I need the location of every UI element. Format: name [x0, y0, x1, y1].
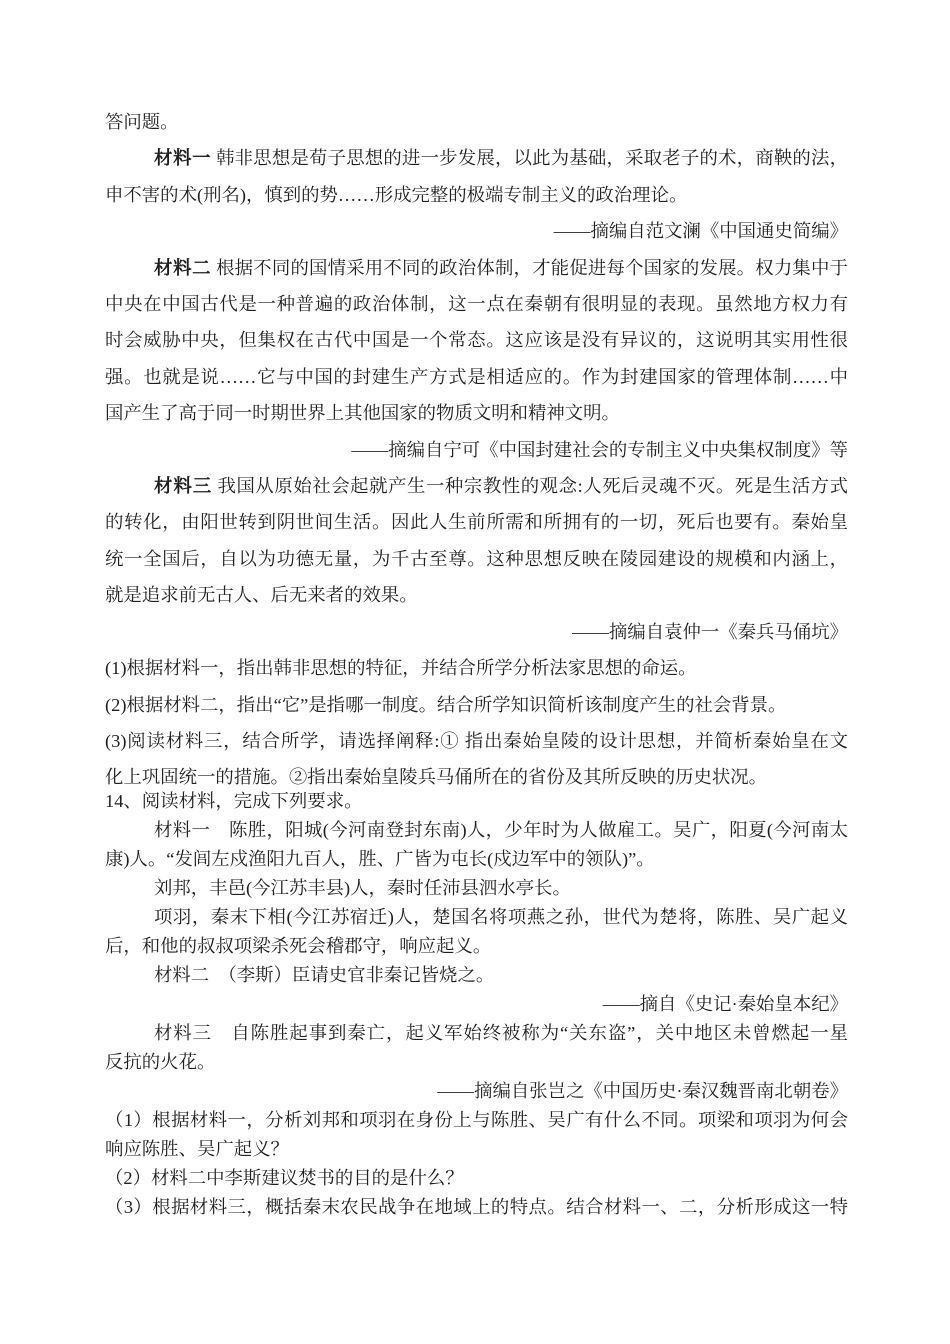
line-text: 响应陈胜、吴广起义？ [105, 1139, 289, 1159]
line-text: 韩非思想是荀子思想的进一步发展，以此为基础，采取老子的术，商鞅的法， [211, 148, 848, 168]
question-line: (1)根据材料一，指出韩非思想的特征，并结合所学分析法家思想的命运。 [105, 650, 848, 686]
line-text: 后，和他的叔叔项梁杀死会稽郡守，响应起义。 [105, 936, 491, 956]
material-one-line: 康)人。“发闾左戍渔阳九百人，胜、广皆为屯长(戍边军中的领队)”。 [105, 845, 848, 874]
line-text: (2)根据材料二，指出“它”是指哪一制度。结合所学知识简析该制度产生的社会背景。 [105, 695, 786, 715]
document-page: 答问题。材料一 韩非思想是荀子思想的进一步发展，以此为基础，采取老子的术，商鞅的… [0, 0, 950, 1344]
material-three-line: 反抗的火花。 [105, 1048, 848, 1077]
question-number-heading: 14、阅读材料，完成下列要求。 [105, 787, 848, 816]
question-line: (2)根据材料二，指出“它”是指哪一制度。结合所学知识简析该制度产生的社会背景。 [105, 687, 848, 723]
material-three-line: 统一全国后，自以为功德无量，为千古至尊。这种思想反映在陵园建设的规模和内涵上， [105, 541, 848, 577]
line-text: 材料一 陈胜，阳城(今河南登封东南)人，少年时为人做雇工。吴广，阳夏(今河南太 [154, 820, 848, 840]
material-one-line: 刘邦，丰邑(今江苏丰县)人，秦时任沛县泗水亭长。 [105, 874, 848, 903]
material-label: 材料三 [154, 476, 212, 496]
line-text: 统一全国后，自以为功德无量，为千古至尊。这种思想反映在陵园建设的规模和内涵上， [105, 549, 848, 569]
material-two-line: 材料二 根据不同的国情采用不同的政治体制，才能促进每个国家的发展。权力集中于 [105, 250, 848, 286]
line-text: ——摘编自范文澜《中国通史简编》 [554, 221, 848, 241]
material-one-line: 材料一 陈胜，阳城(今河南登封东南)人，少年时为人做雇工。吴广，阳夏(今河南太 [105, 816, 848, 845]
material-one-line: 材料一 韩非思想是荀子思想的进一步发展，以此为基础，采取老子的术，商鞅的法， [105, 140, 848, 176]
line-text: 强。也就是说……它与中国的封建生产方式是相适应的。作为封建国家的管理体制……中 [105, 367, 848, 387]
line-text: 项羽，秦末下相(今江苏宿迁)人，楚国名将项燕之孙，世代为楚将，陈胜、吴广起义 [154, 907, 848, 927]
line-text: 我国从原始社会起就产生一种宗教性的观念:人死后灵魂不灭。死是生活方式 [212, 476, 848, 496]
line-text: （3）根据材料三，概括秦末农民战争在地域上的特点。结合材料一、二，分析形成这一特 [105, 1197, 848, 1217]
material-two-line: 强。也就是说……它与中国的封建生产方式是相适应的。作为封建国家的管理体制……中 [105, 359, 848, 395]
question-line: （3）根据材料三，概括秦末农民战争在地域上的特点。结合材料一、二，分析形成这一特 [105, 1193, 848, 1222]
material-two-line: 材料二 （李斯）臣请史官非秦记皆烧之。 [105, 961, 848, 990]
source-attribution: ——摘编自范文澜《中国通史简编》 [105, 213, 848, 249]
material-label: 材料二 [154, 258, 211, 278]
paragraph-line: 答问题。 [105, 104, 848, 140]
line-text: （1）根据材料一，分析刘邦和项羽在身份上与陈胜、吴广有什么不同。项梁和项羽为何会 [105, 1110, 848, 1130]
question-line: （1）根据材料一，分析刘邦和项羽在身份上与陈胜、吴广有什么不同。项梁和项羽为何会 [105, 1106, 848, 1135]
line-text: 化上巩固统一的措施。②指出秦始皇陵兵马俑所在的省份及其所反映的历史状况。 [105, 767, 767, 787]
source-attribution: ——摘编自袁仲一《秦兵马俑坑》 [105, 614, 848, 650]
line-text: 反抗的火花。 [105, 1052, 215, 1072]
question-line: 响应陈胜、吴广起义？ [105, 1135, 848, 1164]
line-text: ——摘编自张岂之《中国历史·秦汉魏晋南北朝卷》 [437, 1081, 848, 1101]
question-line: (3)阅读材料三，结合所学，请选择阐释:① 指出秦始皇陵的设计思想，并简析秦始皇… [105, 723, 848, 759]
material-two-line: 时会威胁中央，但集权在古代中国是一个常态。这应该是没有异议的，这说明其实用性很 [105, 322, 848, 358]
line-text: 14、阅读材料，完成下列要求。 [105, 791, 362, 811]
material-label: 材料一 [154, 148, 211, 168]
line-text: 材料三 自陈胜起事到秦亡，起义军始终被称为“关东盗”，关中地区未曾燃起一星 [154, 1023, 848, 1043]
source-attribution: ——摘自《史记·秦始皇本纪》 [105, 990, 848, 1019]
material-two-line: 国产生了高于同一时期世界上其他国家的物质文明和精神文明。 [105, 395, 848, 431]
line-text: 答问题。 [105, 112, 179, 132]
material-one-line: 申不害的术(刑名)，慎到的势……形成完整的极端专制主义的政治理论。 [105, 177, 848, 213]
line-text: 申不害的术(刑名)，慎到的势……形成完整的极端专制主义的政治理论。 [105, 185, 687, 205]
source-attribution: ——摘编自宁可《中国封建社会的专制主义中央集权制度》等 [105, 432, 848, 468]
material-three-line: 就是追求前无古人、后无来者的效果。 [105, 577, 848, 613]
line-text: 康)人。“发闾左戍渔阳九百人，胜、广皆为屯长(戍边军中的领队)”。 [105, 849, 655, 869]
line-text: 根据不同的国情采用不同的政治体制，才能促进每个国家的发展。权力集中于 [211, 258, 848, 278]
line-text: 刘邦，丰邑(今江苏丰县)人，秦时任沛县泗水亭长。 [154, 878, 571, 898]
line-text: 中央在中国古代是一种普遍的政治体制，这一点在秦朝有很明显的表现。虽然地方权力有 [105, 294, 848, 314]
line-text: 的转化，由阳世转到阴世间生活。因此人生前所需和所拥有的一切，死后也要有。秦始皇 [105, 512, 848, 532]
line-text: 国产生了高于同一时期世界上其他国家的物质文明和精神文明。 [105, 403, 620, 423]
line-text: ——摘编自袁仲一《秦兵马俑坑》 [572, 622, 848, 642]
line-text: 材料二 （李斯）臣请史官非秦记皆烧之。 [154, 965, 494, 985]
material-one-line: 后，和他的叔叔项梁杀死会稽郡守，响应起义。 [105, 932, 848, 961]
line-text: 就是追求前无古人、后无来者的效果。 [105, 585, 418, 605]
line-text: ——摘自《史记·秦始皇本纪》 [603, 994, 848, 1014]
source-attribution: ——摘编自张岂之《中国历史·秦汉魏晋南北朝卷》 [105, 1077, 848, 1106]
material-three-line: 材料三 我国从原始社会起就产生一种宗教性的观念:人死后灵魂不灭。死是生活方式 [105, 468, 848, 504]
line-text: (1)根据材料一，指出韩非思想的特征，并结合所学分析法家思想的命运。 [105, 658, 697, 678]
material-three-line: 材料三 自陈胜起事到秦亡，起义军始终被称为“关东盗”，关中地区未曾燃起一星 [105, 1019, 848, 1048]
material-one-line: 项羽，秦末下相(今江苏宿迁)人，楚国名将项燕之孙，世代为楚将，陈胜、吴广起义 [105, 903, 848, 932]
line-text: ——摘编自宁可《中国封建社会的专制主义中央集权制度》等 [351, 440, 848, 460]
line-text: (3)阅读材料三，结合所学，请选择阐释:① 指出秦始皇陵的设计思想，并简析秦始皇… [105, 731, 848, 751]
material-two-line: 中央在中国古代是一种普遍的政治体制，这一点在秦朝有很明显的表现。虽然地方权力有 [105, 286, 848, 322]
line-text: （2）材料二中李斯建议焚书的目的是什么？ [105, 1168, 464, 1188]
material-three-line: 的转化，由阳世转到阴世间生活。因此人生前所需和所拥有的一切，死后也要有。秦始皇 [105, 504, 848, 540]
question-line: （2）材料二中李斯建议焚书的目的是什么？ [105, 1164, 848, 1193]
line-text: 时会威胁中央，但集权在古代中国是一个常态。这应该是没有异议的，这说明其实用性很 [105, 330, 848, 350]
